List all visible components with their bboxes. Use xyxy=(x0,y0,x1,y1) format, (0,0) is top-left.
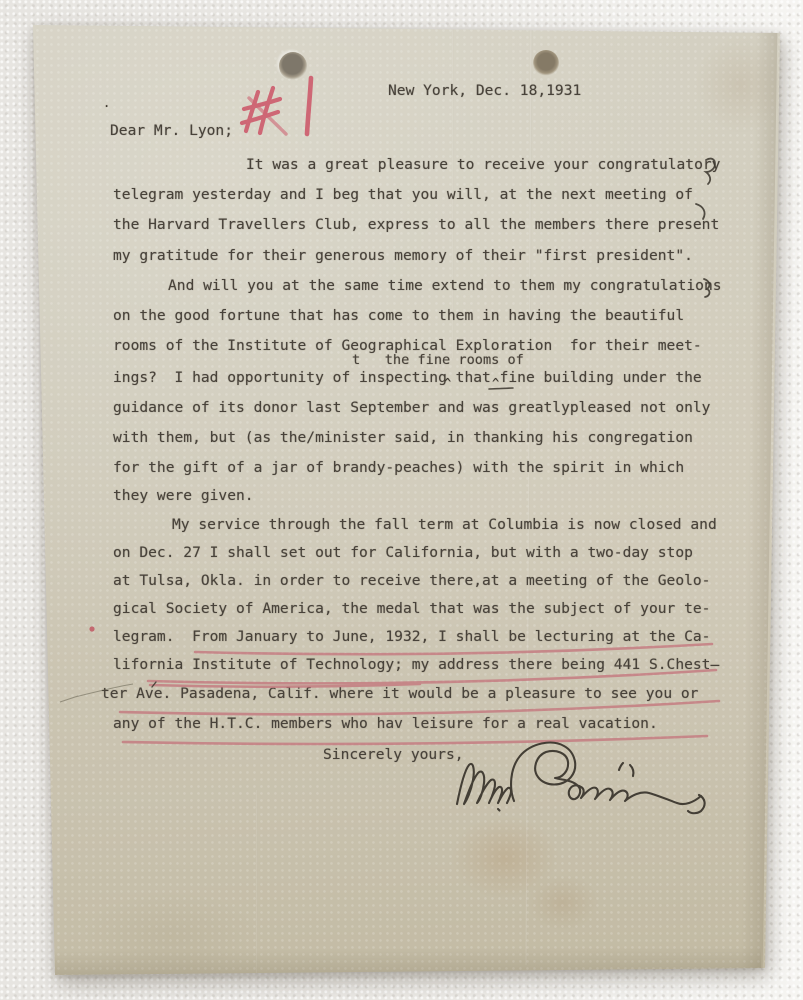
red-underline xyxy=(148,670,716,683)
ink-flourish xyxy=(706,159,715,184)
scanned-letter-photo: New York, Dec. 18,1931 Dear Mr. Lyon; Si… xyxy=(0,0,803,1000)
pencil-crease-line xyxy=(60,684,133,702)
typed-underscore xyxy=(489,388,513,389)
ink-flourish xyxy=(696,204,705,219)
red-underline xyxy=(195,644,712,654)
ink-flourish xyxy=(704,279,709,297)
red-dot xyxy=(89,626,94,631)
annotation-overlay xyxy=(0,0,803,1000)
signature xyxy=(457,743,705,814)
red-underlines xyxy=(120,644,719,744)
red-number-mark xyxy=(242,78,311,134)
ink-flourishes xyxy=(152,159,715,687)
red-underline xyxy=(120,701,719,714)
red-underline xyxy=(123,736,707,744)
